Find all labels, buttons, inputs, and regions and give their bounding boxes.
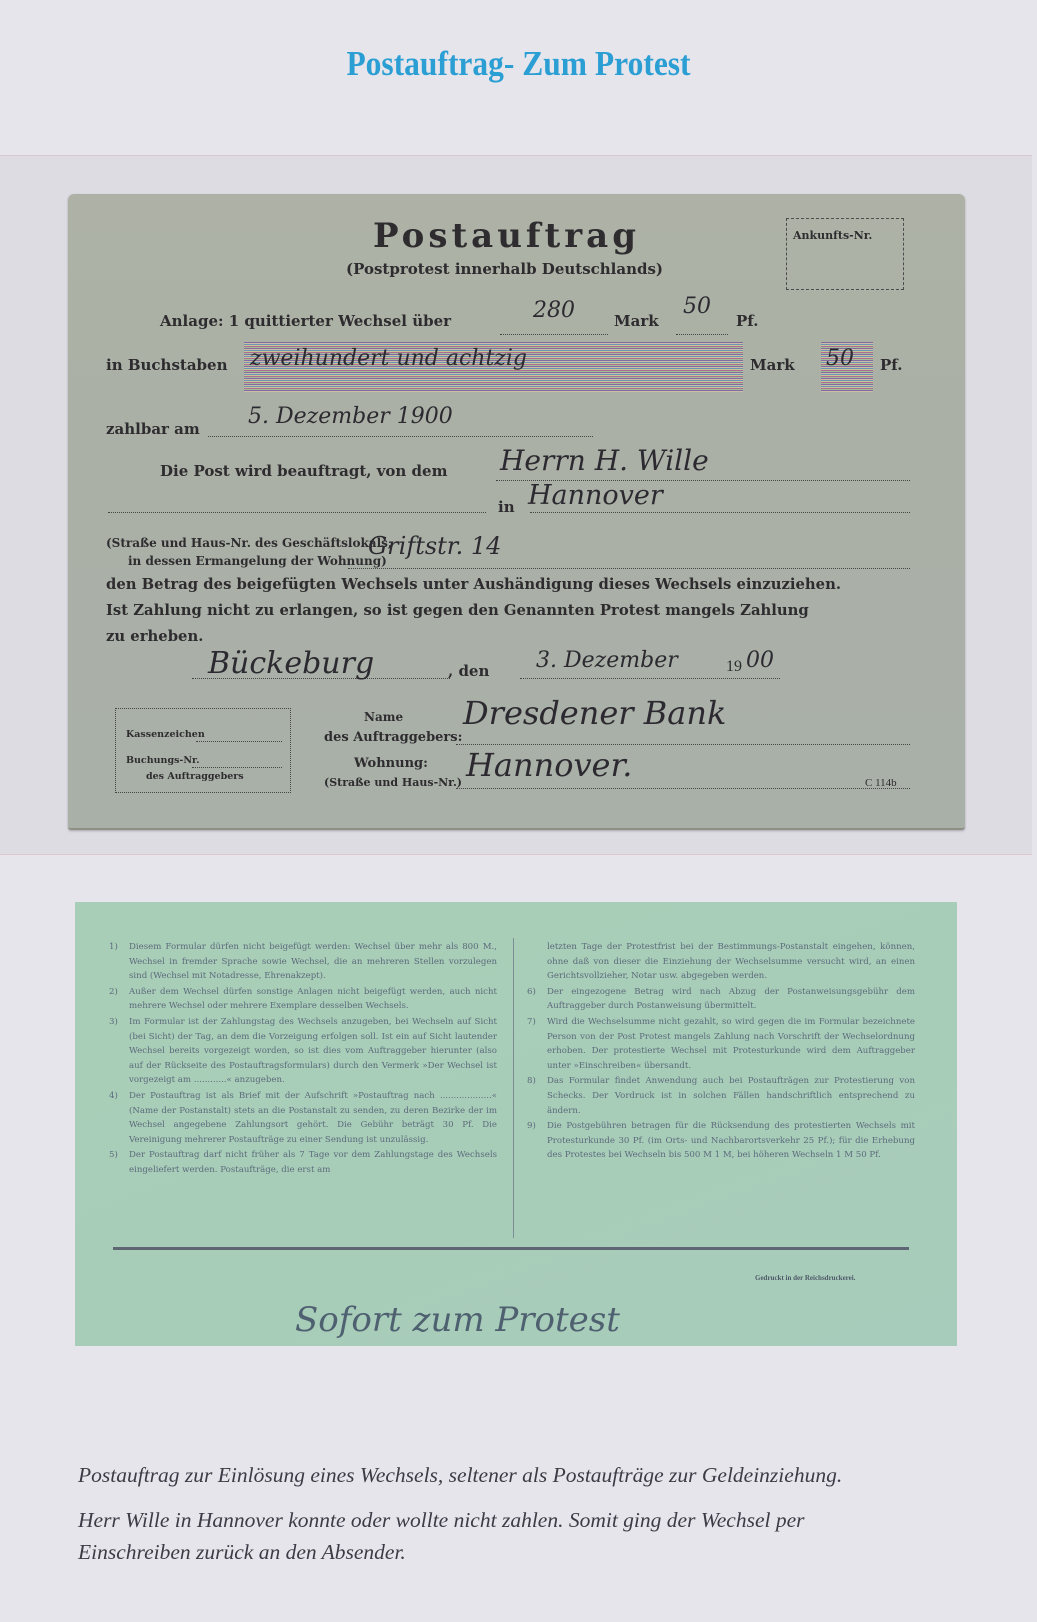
caption-line-2: Herr Wille in Hannover konnte oder wollt… xyxy=(78,1508,805,1533)
handwritten-note: Sofort zum Protest xyxy=(295,1300,620,1340)
beauftragt-label: Die Post wird beauftragt, von dem xyxy=(160,462,447,480)
wohnung-value: Hannover. xyxy=(466,746,632,784)
body-line-2: Ist Zahlung nicht zu erlangen, so ist ge… xyxy=(106,602,809,619)
wohnung-label-2: (Straße und Haus-Nr.) xyxy=(324,776,462,789)
form-code: C 114b xyxy=(865,777,897,789)
name-label-1: Name xyxy=(364,710,403,724)
instruction-item: 4)Der Postauftrag ist als Brief mit der … xyxy=(109,1089,497,1147)
buchstaben-label: in Buchstaben xyxy=(106,356,227,374)
date-line xyxy=(520,678,780,679)
body-line-1: den Betrag des beigefügten Wechsels unte… xyxy=(106,576,841,593)
wohnung-label-1: Wohnung: xyxy=(354,756,428,771)
printer-note: Gedruckt in der Reichsdruckerei. xyxy=(755,1274,855,1282)
date-value: 3. Dezember xyxy=(536,648,678,673)
zahlbar-label: zahlbar am xyxy=(106,420,200,438)
buchungs-label-2: des Auftraggebers xyxy=(146,771,244,782)
pf-label-2: Pf. xyxy=(880,356,902,374)
buchungs-label-1: Buchungs-Nr. xyxy=(126,755,200,766)
amount-pf-line xyxy=(676,334,728,335)
strasse-label-2: in dessen Ermangelung der Wohnung) xyxy=(128,554,387,568)
kassenzeichen-label: Kassenzeichen xyxy=(126,729,205,740)
caption-line-1: Postauftrag zur Einlösung eines Wechsels… xyxy=(78,1463,842,1488)
in-line xyxy=(530,512,910,513)
form-subtitle: (Postprotest innerhalb Deutschlands) xyxy=(346,260,663,278)
wohnung-line xyxy=(456,788,910,789)
name-label-2: des Auftraggebers: xyxy=(324,730,462,745)
instruction-item: 1)Diesem Formular dürfen nicht beigefügt… xyxy=(109,940,497,984)
column-divider xyxy=(513,938,514,1238)
page-title: Postauftrag- Zum Protest xyxy=(52,44,985,84)
zahlbar-line xyxy=(208,436,593,437)
strasse-value: Griftstr. 14 xyxy=(368,532,501,560)
beauftragt-value: Herrn H. Wille xyxy=(500,444,709,477)
amount-mark-line xyxy=(500,334,608,335)
in-value: Hannover xyxy=(528,480,663,511)
buchstaben-value: zweihundert und achtzig xyxy=(250,346,527,371)
strasse-line xyxy=(348,568,910,569)
in-label: in xyxy=(498,498,515,516)
amount-pf-value: 50 xyxy=(683,294,711,319)
buchstaben-pf-value: 50 xyxy=(826,346,854,371)
amount-mark-value: 280 xyxy=(533,298,575,323)
year-prefix: 19 xyxy=(726,658,742,676)
instruction-item: 7)Wird die Wechselsumme nicht gezahlt, s… xyxy=(527,1015,915,1073)
form-title: Postauftrag xyxy=(373,216,640,256)
ankunfts-box: Ankunfts-Nr. xyxy=(786,218,904,290)
postauftrag-back: 1)Diesem Formular dürfen nicht beigefügt… xyxy=(75,902,957,1346)
instruction-item: 3)Im Formular ist der Zahlungstag des We… xyxy=(109,1015,497,1088)
kassen-box: Kassenzeichen Buchungs-Nr. des Auftragge… xyxy=(115,708,291,793)
instructions-right: letzten Tage der Protestfrist bei der Be… xyxy=(527,940,915,1164)
mark-label-2: Mark xyxy=(750,356,795,374)
year-value: 00 xyxy=(746,648,774,673)
instruction-item: 8)Das Formular findet Anwendung auch bei… xyxy=(527,1074,915,1118)
strasse-label-1: (Straße und Haus-Nr. des Geschäftslokals… xyxy=(106,536,392,550)
body-line-3: zu erheben. xyxy=(106,628,203,645)
den-label: , den xyxy=(448,662,489,680)
name-value: Dresdener Bank xyxy=(463,694,726,732)
name-line xyxy=(456,744,910,745)
ankunfts-label: Ankunfts-Nr. xyxy=(793,229,872,242)
in-line-left xyxy=(108,512,486,513)
instruction-item: 6)Der eingezogene Betrag wird nach Abzug… xyxy=(527,985,915,1014)
zahlbar-value: 5. Dezember 1900 xyxy=(248,404,453,429)
pf-label: Pf. xyxy=(736,312,758,330)
instruction-item: 2)Außer dem Wechsel dürfen sonstige Anla… xyxy=(109,985,497,1014)
mark-label: Mark xyxy=(614,312,659,330)
horizontal-rule xyxy=(113,1247,909,1250)
kassenzeichen-line xyxy=(196,741,282,742)
instruction-item: 5)Der Postauftrag darf nicht früher als … xyxy=(109,1148,497,1177)
buchungs-line xyxy=(192,767,282,768)
instruction-item: 9)Die Postgebühren betragen für die Rück… xyxy=(527,1119,915,1163)
anlage-label: Anlage: 1 quittierter Wechsel über xyxy=(160,312,451,330)
postauftrag-front: Postauftrag (Postprotest innerhalb Deuts… xyxy=(68,194,965,830)
instructions-left: 1)Diesem Formular dürfen nicht beigefügt… xyxy=(109,940,497,1179)
caption-line-3: Einschreiben zurück an den Absender. xyxy=(78,1540,406,1565)
instruction-item: letzten Tage der Protestfrist bei der Be… xyxy=(527,940,915,984)
place-value: Bückeburg xyxy=(208,646,374,681)
